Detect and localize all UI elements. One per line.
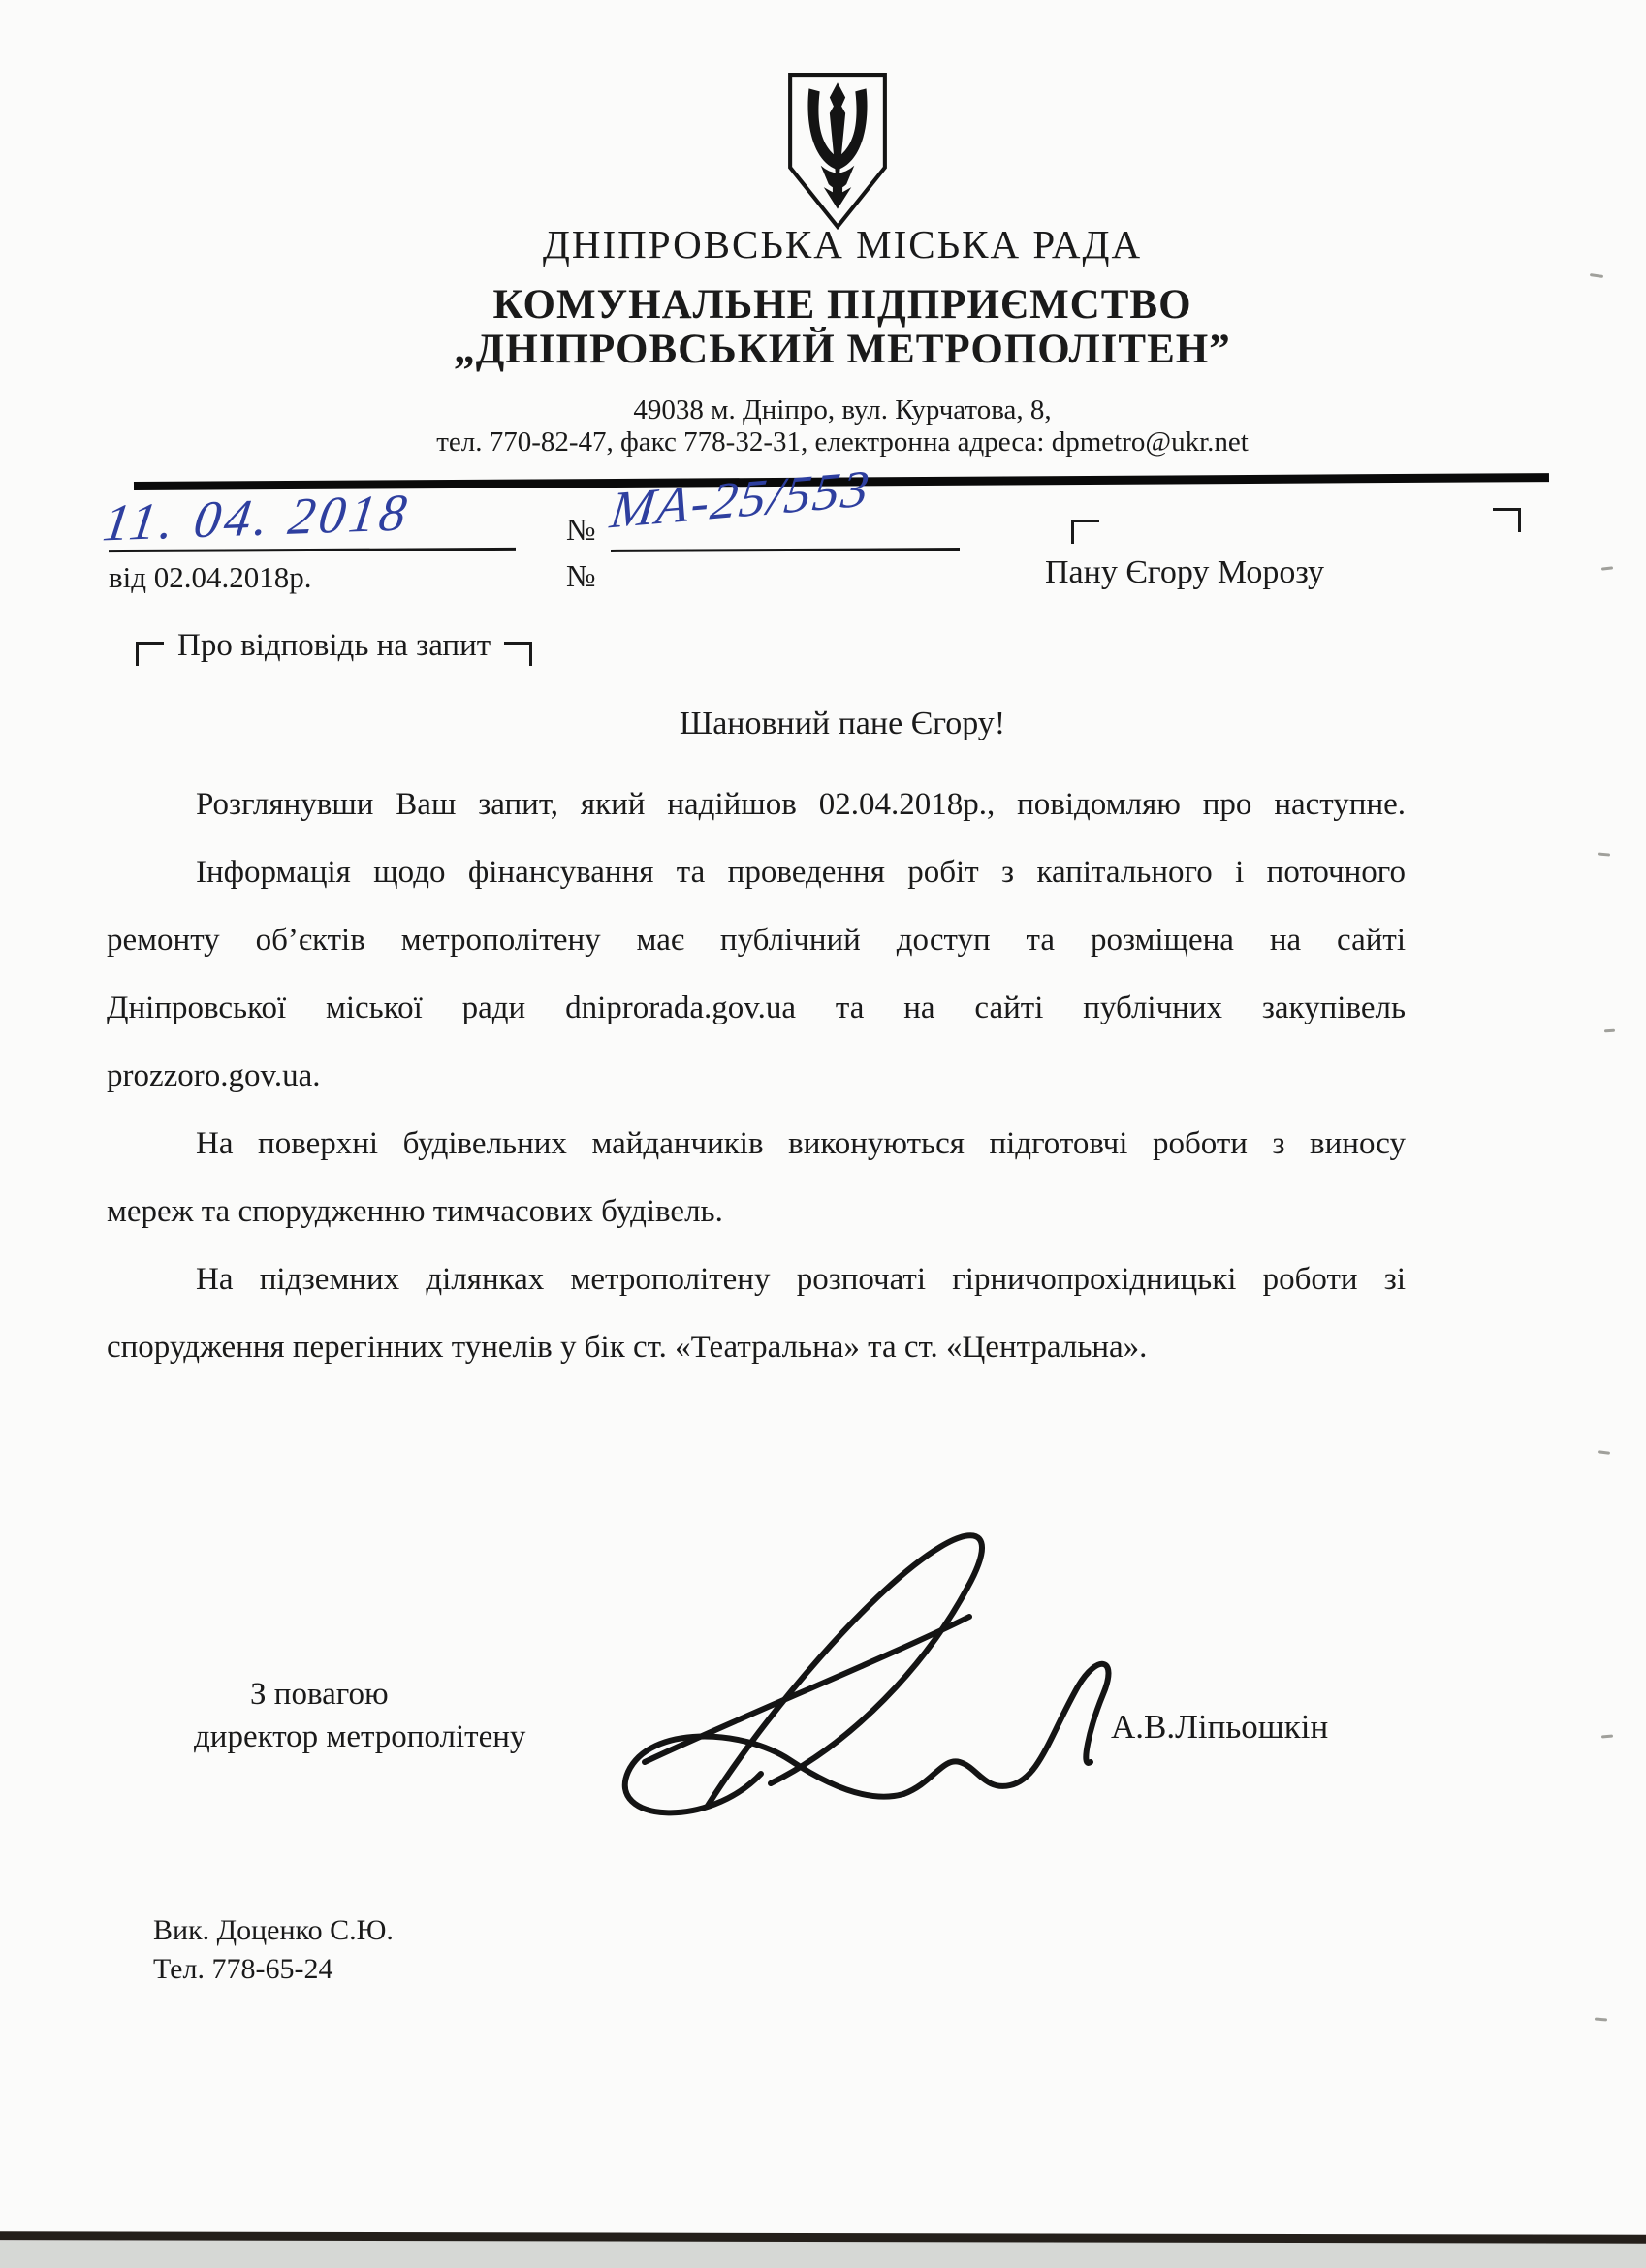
body-line: мереж та спорудженню тимчасових будівель… — [107, 1190, 1406, 1258]
scan-artifact — [1598, 1450, 1610, 1455]
recipient-name: Пану Єгору Морозу — [1045, 554, 1324, 591]
subject-text: Про відповідь на запит — [164, 628, 504, 664]
body-line: ремонту об’єктів метрополітену має публі… — [107, 919, 1406, 987]
handwritten-number: МА-25/553 — [607, 458, 874, 541]
body-line: спорудження перегінних тунелів у бік ст.… — [107, 1326, 1406, 1394]
org-name-line2: „ДНІПРОВСЬКИЙ МЕТРОПОЛІТЕН” — [39, 326, 1646, 373]
number-label: № — [566, 512, 596, 548]
body-line: Інформація щодо фінансування та проведен… — [107, 851, 1406, 919]
director-name: А.В.Ліпьошкін — [1111, 1708, 1328, 1747]
scan-artifact — [1604, 1029, 1615, 1033]
body-line: prozzoro.gov.ua. — [107, 1055, 1406, 1122]
body-line: На підземних ділянках метрополітену розп… — [107, 1258, 1406, 1326]
number-label-2: № — [566, 558, 596, 594]
council-name: ДНІПРОВСЬКА МІСЬКА РАДА — [39, 221, 1646, 268]
director-signature — [562, 1520, 1163, 1840]
number-underline — [611, 548, 960, 552]
handwritten-date: 11. 04. 2018 — [100, 483, 415, 553]
executor-phone: Тел. 778-65-24 — [153, 1950, 394, 1989]
address-zone-corner-left — [1071, 520, 1099, 544]
salutation: Шановний пане Єгору! — [39, 706, 1646, 742]
body-line: Дніпровської міської ради dniprorada.gov… — [107, 987, 1406, 1055]
letter-paper: ДНІПРОВСЬКА МІСЬКА РАДА КОМУНАЛЬНЕ ПІДПР… — [0, 0, 1646, 2241]
scan-artifact — [1590, 273, 1603, 278]
scan-artifact — [1598, 852, 1610, 856]
address-line1: 49038 м. Дніпро, вул. Курчатова, 8, — [39, 394, 1646, 426]
executor-name: Вик. Доценко С.Ю. — [153, 1911, 394, 1950]
body-line: На поверхні будівельних майданчиків вико… — [107, 1122, 1406, 1190]
subject-corner-left — [136, 642, 164, 666]
ukrainian-trident-emblem — [783, 70, 892, 233]
subject-row: Про відповідь на запит — [136, 628, 532, 666]
closing-title: директор метрополітену — [194, 1719, 525, 1755]
subject-corner-right — [504, 642, 532, 666]
address-zone-corner-right — [1493, 508, 1521, 532]
executor-block: Вик. Доценко С.Ю. Тел. 778-65-24 — [153, 1911, 394, 1989]
scanned-letter-page: { "colors": { "paper": "#fbfbfa", "scann… — [0, 0, 1646, 2268]
from-date: від 02.04.2018р. — [109, 560, 312, 595]
org-name-line1: КОМУНАЛЬНЕ ПІДПРИЄМСТВО — [39, 281, 1646, 329]
scan-artifact — [1601, 566, 1613, 570]
closing-regards: З повагою — [250, 1677, 389, 1713]
scan-artifact — [1595, 2018, 1607, 2022]
address-line2: тел. 770-82-47, факс 778-32-31, електрон… — [39, 426, 1646, 458]
scan-artifact — [1601, 1734, 1613, 1738]
body-line: Розглянувши Ваш запит, який надійшов 02.… — [107, 783, 1406, 851]
